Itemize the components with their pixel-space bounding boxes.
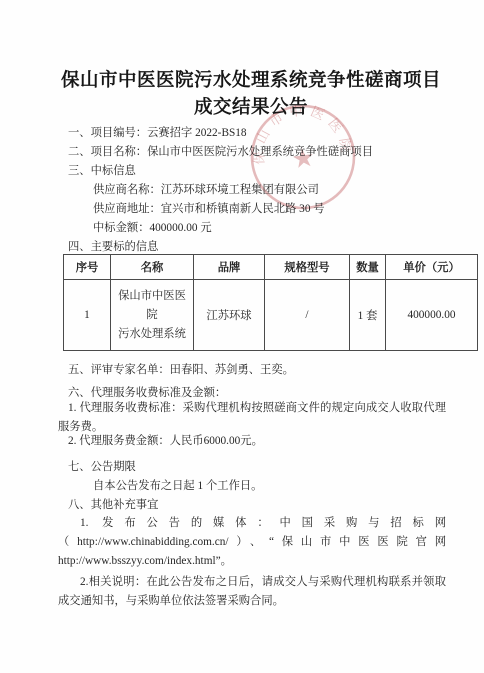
meta-section: 一、项目编号：云赛招字 2022-BS18 二、项目名称：保山市中医医院污水处理… (58, 124, 444, 257)
media-line-2: （http://www.chinabidding.com.cn/）、“保山市中医… (58, 533, 446, 552)
award-info-heading: 三、中标信息 (58, 162, 444, 181)
col-header-price: 单价（元） (386, 255, 478, 280)
col-header-qty: 数量 (350, 255, 386, 280)
supplier-address-line: 供应商地址：宜兴市和桥镇南新人民北路 30 号 (58, 200, 444, 219)
cell-qty: 1 套 (350, 280, 386, 351)
col-header-spec: 规格型号 (265, 255, 350, 280)
subject-table-header-row: 序号 名称 品牌 规格型号 数量 单价（元） (64, 255, 478, 280)
experts-line: 五、评审专家名单：田春阳、苏剑勇、王奕。 (58, 361, 456, 380)
notice-period-body: 自本公告发布之日起 1 个工作日。 (58, 477, 481, 496)
doc-title-line-2: 成交结果公告 (58, 95, 444, 122)
doc-title-line-1: 保山市中医医院污水处理系统竞争性磋商项目 (58, 68, 444, 95)
media-line-3: http://www.bsszyy.com/index.html”。 (58, 552, 446, 571)
col-header-name: 名称 (111, 255, 194, 280)
award-amount-line: 中标金额：400000.00 元 (58, 219, 444, 238)
doc-title: 保山市中医医院污水处理系统竞争性磋商项目 成交结果公告 (58, 68, 444, 122)
cell-price: 400000.00 (386, 280, 478, 351)
supplement-heading: 八、其他补充事宜 (58, 496, 456, 515)
cell-seq: 1 (64, 280, 111, 351)
table-row: 1 保山市中医医院 污水处理系统 江苏环球 / 1 套 400000.00 (64, 280, 478, 351)
announcement-page: 保山市中医医院 ★ 保山市中医医院污水处理系统竞争性磋商项目 成交结果公告 一、… (0, 0, 484, 673)
media-paragraph: 1. 发布公告的媒体：中国采购与招标网 （http://www.chinabid… (58, 514, 446, 571)
cell-name: 保山市中医医院 污水处理系统 (111, 280, 194, 351)
related-note-paragraph: 2.相关说明：在此公告发布之日后，请成交人与采购代理机构联系并领取成交通知书，与… (58, 573, 446, 611)
media-line-1: 1. 发布公告的媒体：中国采购与招标网 (58, 514, 446, 533)
cell-spec: / (265, 280, 350, 351)
project-name-line: 二、项目名称：保山市中医医院污水处理系统竞争性磋商项目 (58, 143, 444, 162)
col-header-seq: 序号 (64, 255, 111, 280)
col-header-brand: 品牌 (194, 255, 265, 280)
cell-brand: 江苏环球 (194, 280, 265, 351)
notice-period-heading: 七、公告期限 (58, 458, 456, 477)
project-number-line: 一、项目编号：云赛招字 2022-BS18 (58, 124, 444, 143)
subject-table: 序号 名称 品牌 规格型号 数量 单价（元） 1 保山市中医医院 污水处理系统 … (63, 254, 478, 351)
agency-fee-amount: 2. 代理服务费金额：人民币6000.00元。 (58, 432, 456, 451)
supplier-name-line: 供应商名称：江苏环球环境工程集团有限公司 (58, 181, 444, 200)
